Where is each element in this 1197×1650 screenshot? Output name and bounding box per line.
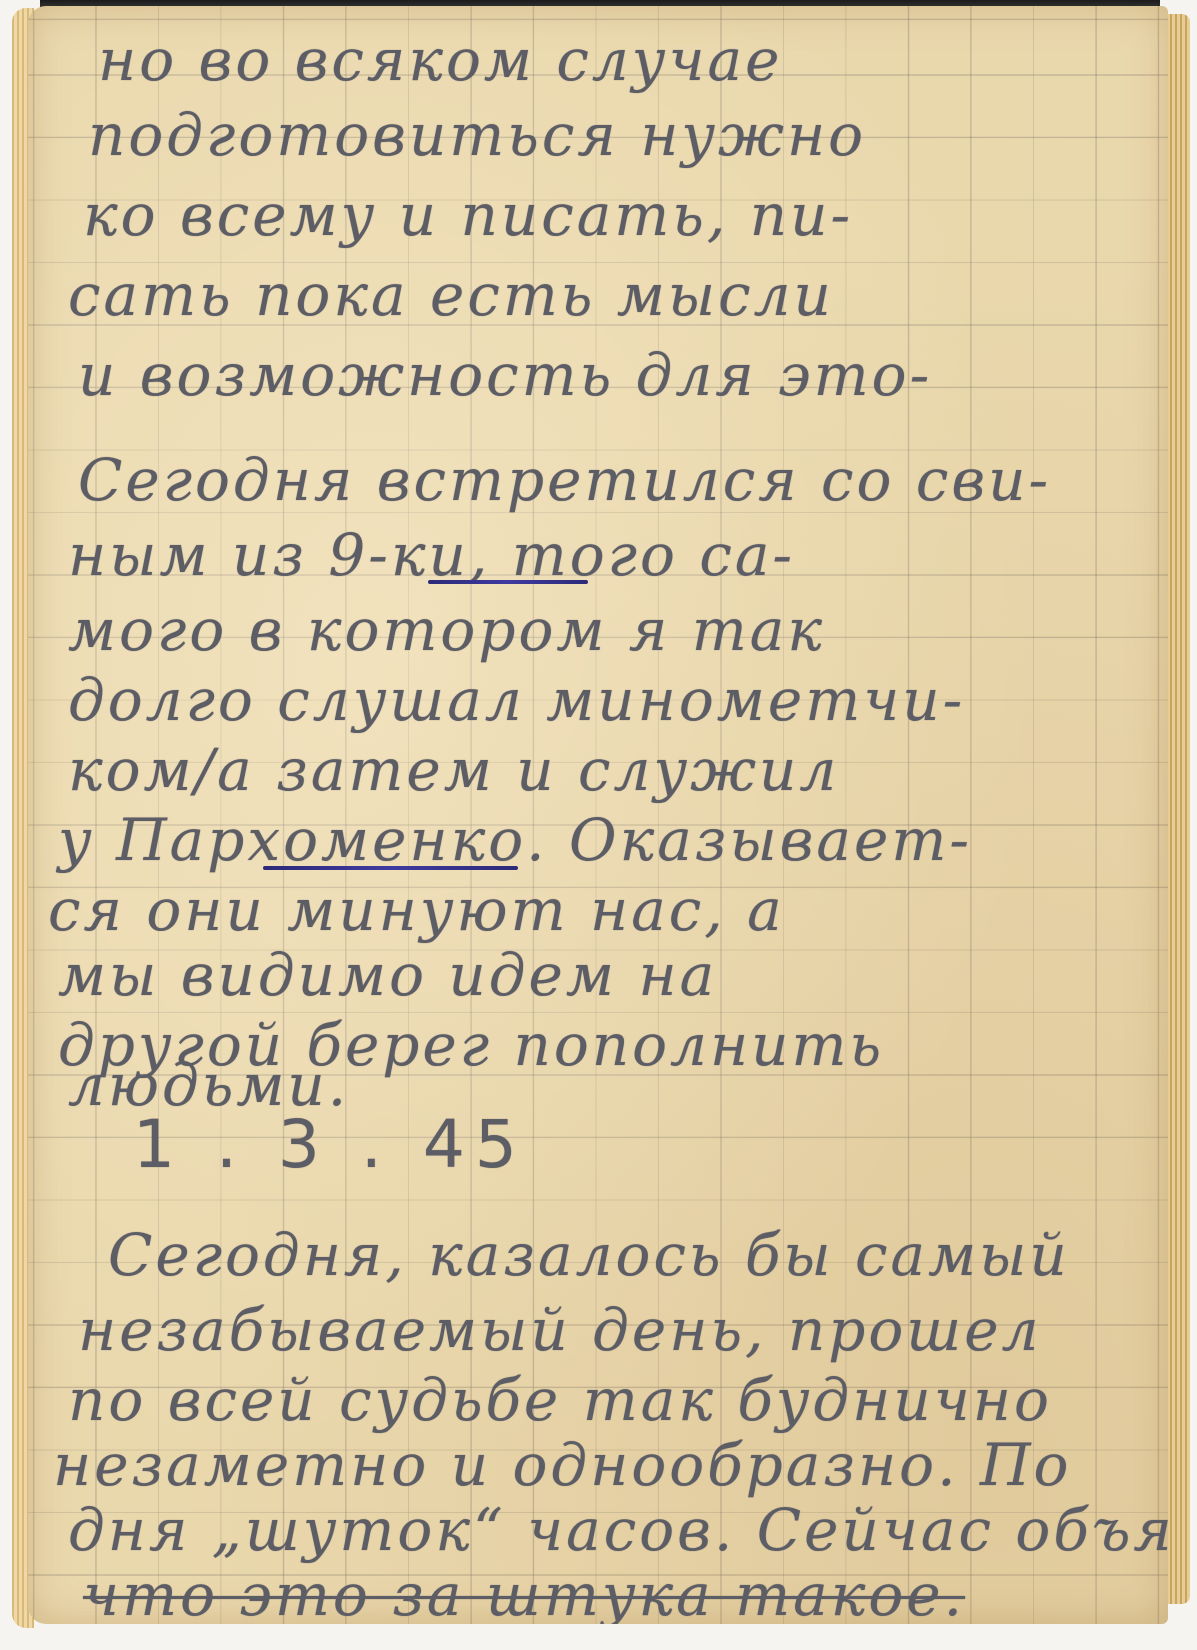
handwritten-line: подготовиться нужно [88, 101, 866, 169]
handwritten-line: ся они минуют нас, а [48, 876, 785, 944]
handwritten-line: Сегодня, казалось бы самый [108, 1221, 1070, 1289]
handwritten-line: мого в котором я так [68, 596, 825, 664]
handwritten-line: сать пока есть мысли [68, 261, 834, 329]
handwritten-line: ко всему и писать, пи- [83, 181, 853, 249]
handwritten-line: ком/а затем и служил [68, 736, 839, 804]
handwritten-line: незабываемый день, прошел [78, 1296, 1042, 1364]
blue-ink-underline [263, 866, 518, 870]
handwritten-line: но во всяком случае [98, 26, 782, 94]
handwritten-line: по всей судьбе так буднично [68, 1366, 1052, 1434]
blue-ink-underline [428, 580, 588, 584]
scanned-notebook: но во всяком случае подготовиться нужно … [0, 0, 1197, 1650]
handwritten-line: долго слушал минометчи- [68, 666, 965, 734]
handwritten-line: дня „шуток“ часов. Сейчас объясн [68, 1496, 1168, 1564]
notebook-page: но во всяком случае подготовиться нужно … [28, 6, 1168, 1624]
handwritten-line: мы видимо идем на [58, 941, 717, 1009]
handwritten-line: незаметно и однообразно. По [53, 1431, 1071, 1499]
handwritten-line: и возможность для это- [78, 341, 932, 409]
handwritten-line-struck: что это за штука такое. [83, 1561, 965, 1624]
handwritten-line: ным из 9-ки, того са- [68, 521, 795, 589]
handwritten-line: Сегодня встретился со сви- [78, 446, 1051, 514]
handwritten-line: у Пархоменко. Оказывает- [58, 806, 972, 874]
entry-date: 1 . 3 . 45 [133, 1106, 527, 1183]
